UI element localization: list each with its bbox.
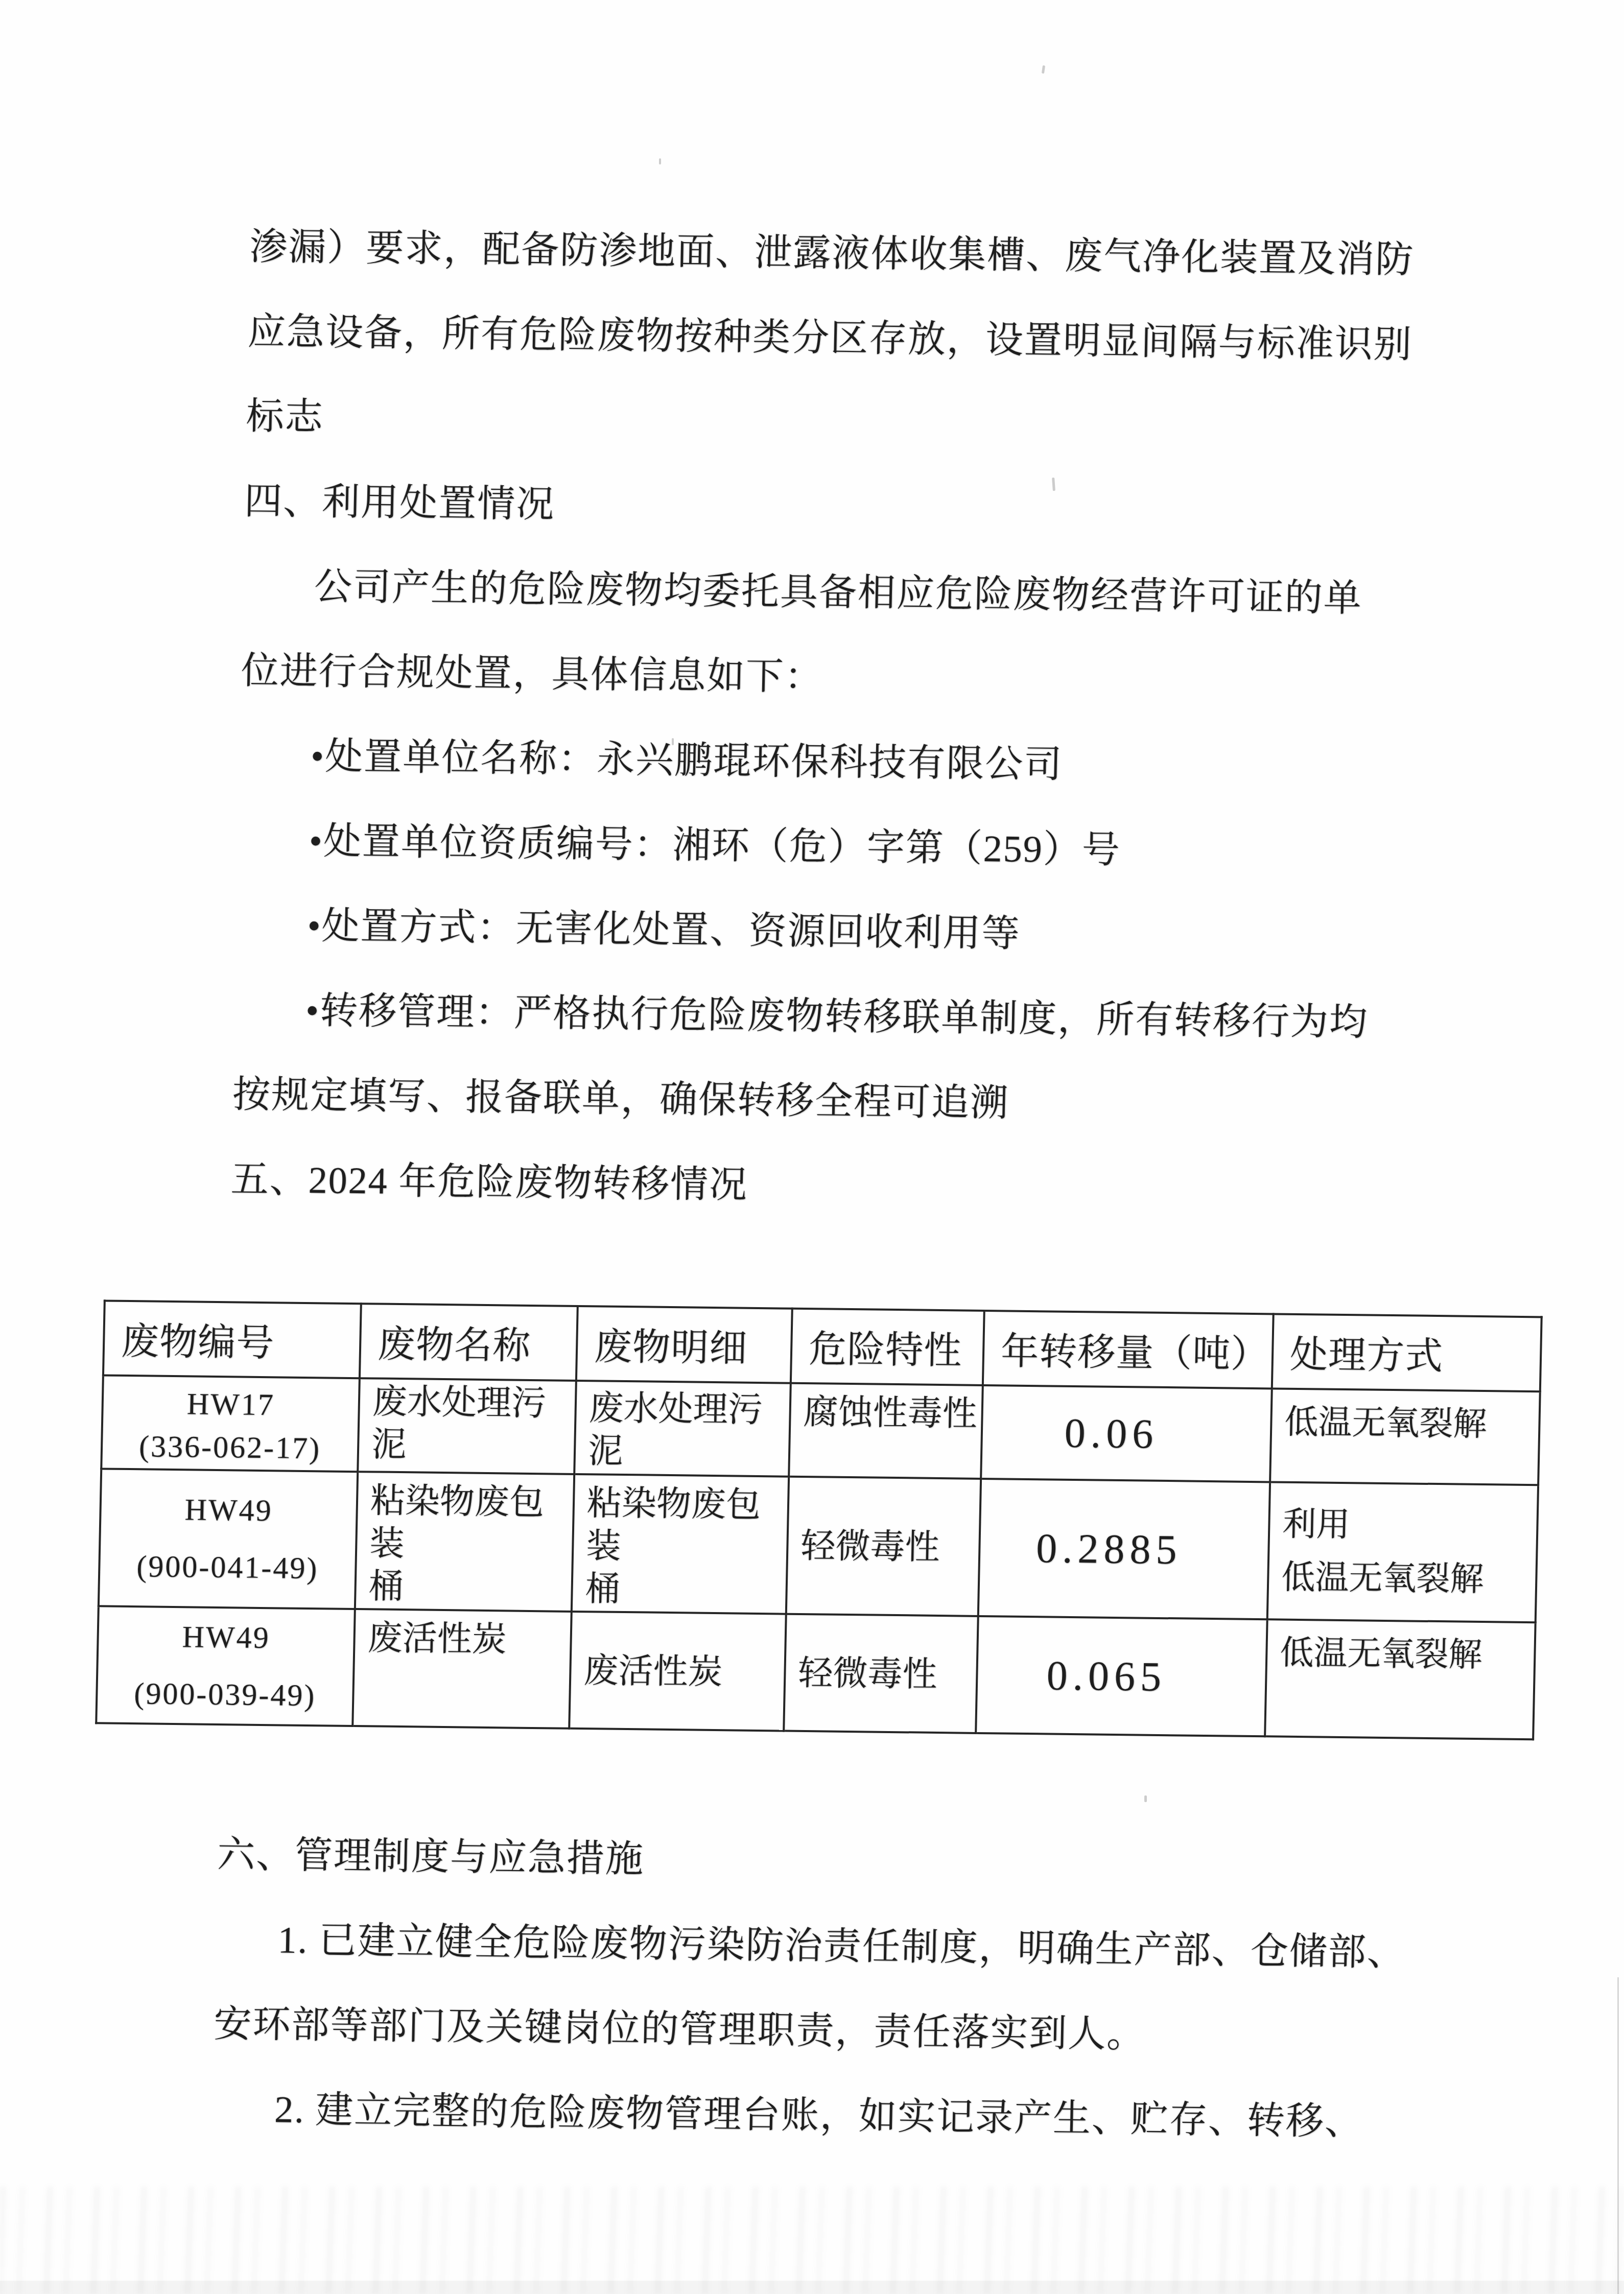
table-row: HW49 (900-039-49) 废活性炭 废活性炭 轻微毒性 0.065 低… xyxy=(96,1606,1535,1739)
cell-annual-amount: 0.2885 xyxy=(978,1479,1270,1619)
cell-waste-code: HW49 (900-039-49) xyxy=(96,1606,355,1726)
para-responsibility-line1: 1. 已建立健全危险废物污染防治责任制度，明确生产部、仓储部、 xyxy=(0,1894,1544,1997)
scanned-document-page: 渗漏）要求，配备防渗地面、泄露液体收集槽、废气净化装置及消防 应急设备，所有危险… xyxy=(0,0,1624,2294)
table-row: HW49 (900-041-49) 粘染物废包装 桶 粘染物废包装 桶 轻微毒性… xyxy=(99,1469,1538,1622)
cell-hazard: 轻微毒性 xyxy=(784,1614,978,1733)
document-content: 渗漏）要求，配备防渗地面、泄露液体收集槽、废气净化装置及消防 应急设备，所有危险… xyxy=(0,202,1624,2167)
cell-waste-detail: 废水处理污泥 xyxy=(574,1381,791,1477)
scan-noise-band xyxy=(0,2187,1624,2294)
scan-page-edge-line xyxy=(1617,1977,1619,2294)
cell-treatment: 低温无氧裂解 xyxy=(1270,1388,1540,1485)
cell-annual-amount: 0.06 xyxy=(981,1385,1272,1482)
cell-waste-name: 废活性炭 xyxy=(352,1609,572,1729)
column-header-annual-amount: 年转移量（吨） xyxy=(983,1311,1274,1388)
column-header-waste-name: 废物名称 xyxy=(360,1304,578,1381)
cell-treatment: 利用 低温无氧裂解 xyxy=(1267,1482,1538,1622)
waste-transfer-table: 废物编号 废物名称 废物明细 危险特性 年转移量（吨） 处理方式 HW17 (3… xyxy=(95,1299,1542,1740)
para-responsibility-line2: 安环部等部门及关键岗位的管理职责，责任落实到人。 xyxy=(0,1979,1543,2082)
scan-bottom-strip xyxy=(0,2281,1624,2294)
para-ledger-line1: 2. 建立完整的危险废物管理台账，如实记录产生、贮存、转移、 xyxy=(0,2064,1541,2166)
cell-waste-code: HW17 (336-062-17) xyxy=(101,1375,360,1472)
column-header-hazard: 危险特性 xyxy=(791,1309,984,1385)
cell-treatment: 低温无氧裂解 xyxy=(1265,1619,1536,1739)
scan-speck xyxy=(1144,1795,1147,1802)
cell-annual-amount: 0.065 xyxy=(976,1616,1267,1736)
table-row: HW17 (336-062-17) 废水处理污泥 废水处理污泥 腐蚀性毒性 0.… xyxy=(101,1375,1540,1485)
cell-waste-name: 废水处理污泥 xyxy=(358,1378,576,1474)
column-header-waste-detail: 废物明细 xyxy=(576,1306,792,1383)
column-header-treatment: 处理方式 xyxy=(1272,1314,1542,1391)
cell-hazard: 腐蚀性毒性 xyxy=(789,1383,983,1479)
cell-waste-name: 粘染物废包装 桶 xyxy=(355,1472,574,1612)
section-5-heading: 五、2024 年危险废物转移情况 xyxy=(0,1134,1560,1237)
cell-waste-detail: 废活性炭 xyxy=(569,1612,786,1731)
cell-waste-code: HW49 (900-041-49) xyxy=(99,1469,358,1609)
scan-speck xyxy=(1042,65,1045,74)
column-header-waste-code: 废物编号 xyxy=(103,1300,361,1378)
cell-waste-detail: 粘染物废包装 桶 xyxy=(572,1474,789,1614)
cell-hazard: 轻微毒性 xyxy=(786,1477,981,1616)
scan-speck xyxy=(672,738,674,745)
scan-speck xyxy=(659,158,661,164)
section-6-heading: 六、管理制度与应急措施 xyxy=(0,1809,1546,1912)
